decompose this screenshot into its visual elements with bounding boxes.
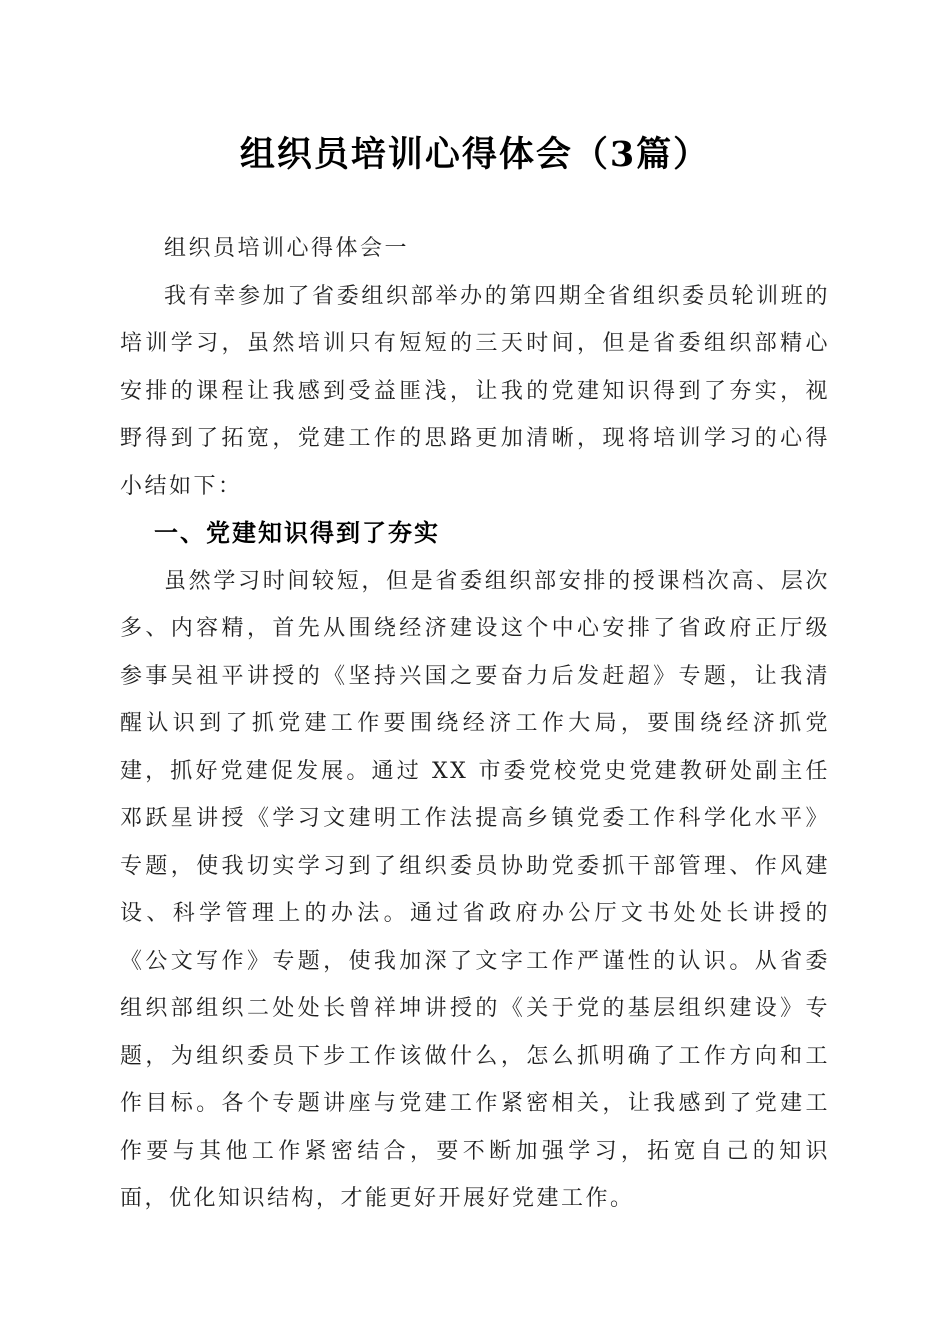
paragraph-section-1-body: 虽然学习时间较短，但是省委组织部安排的授课档次高、层次多、内容精，首先从围绕经济… <box>120 558 830 1223</box>
document-title: 组织员培训心得体会（3篇） <box>120 130 830 180</box>
document-page: 组织员培训心得体会（3篇） 组织员培训心得体会一 我有幸参加了省委组织部举办的第… <box>0 0 950 1344</box>
section-heading-1: 一、党建知识得到了夯实 <box>120 510 830 558</box>
paragraph-opening: 我有幸参加了省委组织部举办的第四期全省组织委员轮训班的培训学习，虽然培训只有短短… <box>120 273 830 511</box>
paragraph-intro: 组织员培训心得体会一 <box>120 225 830 273</box>
